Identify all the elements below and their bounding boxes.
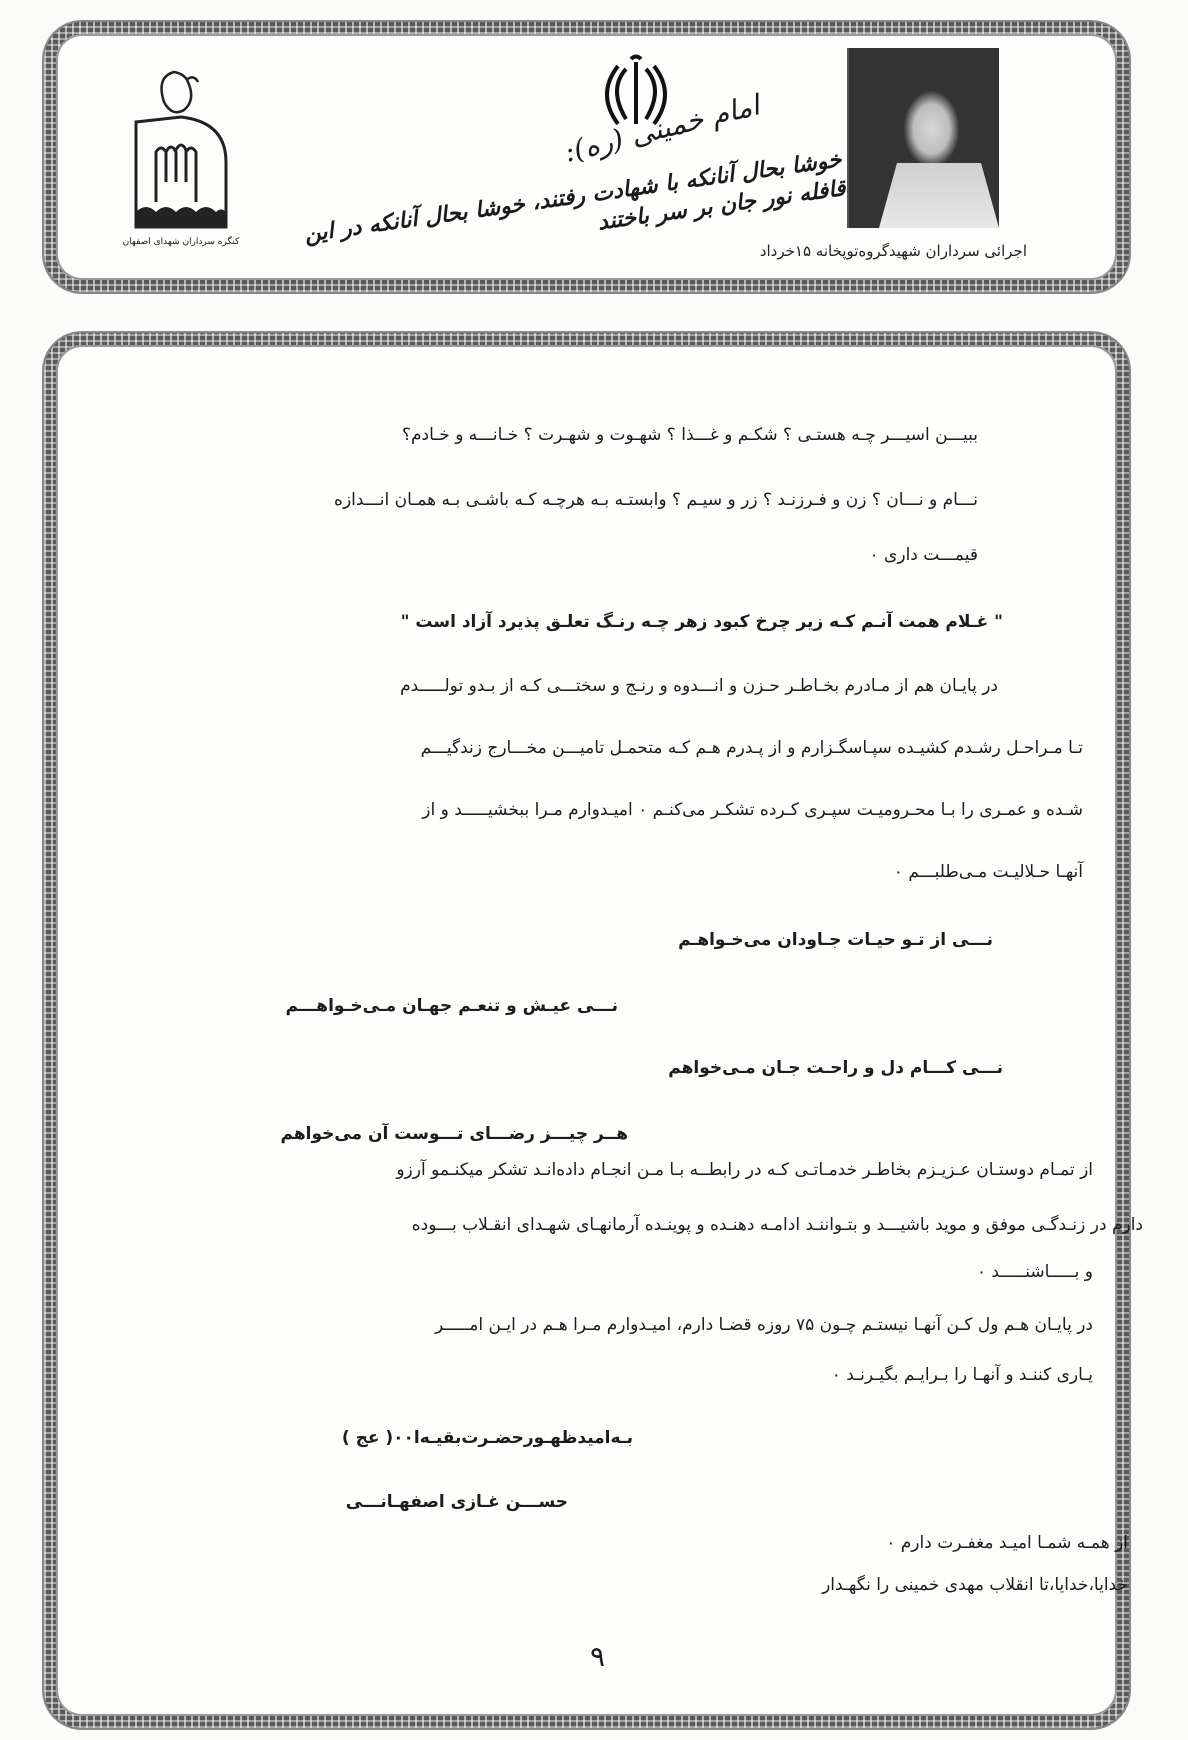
poem-line: نـــی عیـش و تنعـم جهـان مـی‌خـواهـــم [286,996,618,1016]
text-line: دارم در زنـدگـی موفق و موید باشیـــد و ب… [412,1215,1143,1235]
poem-line: نـــی از تـو حیـات جـاودان می‌خـواهـم [678,930,993,950]
text-line: و بـــــاشنـــــد ۰ [977,1262,1093,1282]
text-line: قیمـــت داری ۰ [870,545,978,565]
signature-name: حســـن غـازی اصفهـانـــی [346,1492,568,1512]
text-line: ببیـــن اسیـــر چـه هستـی ؟ شکـم و غـــذ… [402,425,978,445]
text-line: خدایا،خدایا،تا انقلاب مهدی خمینی را نگهـ… [822,1575,1128,1595]
org-logo: کنگره سرداران شهدای اصفهان [116,62,246,262]
text-line: آنهـا حـلالیـت مـی‌طلبـــم ۰ [894,862,1083,882]
poem-line: نـــی کـــام دل و راحـت جـان مـی‌خواهم [668,1058,1003,1078]
text-line: در پایـان هم از مـادرم بخـاطـر حـزن و ان… [400,676,998,696]
text-line: یـاری کننـد و آنهـا را بـرایـم بگیـرنـد … [832,1365,1093,1385]
poem-couplet: " غـلام همت آنـم کـه زیر چرخ کبود زهر چـ… [401,612,1003,632]
dove-hand-logo-icon [116,62,246,262]
page-number: ۹ [590,1640,605,1673]
photo-caption: اجرائی سرداران شهیدگروه‌توپخانه ۱۵خرداد [760,242,1027,260]
body-frame [44,333,1129,1728]
portrait-photo [847,48,999,228]
text-line: از تمـام دوستـان عـزیـزم بخاطـر خدمـاتـی… [396,1160,1093,1180]
closing-prayer: بـه‌امیدظهـورحضـرت‌بقیـه‌ا۰۰( عج ) [342,1428,633,1448]
text-line: در پایـان هـم ول کـن آنهـا نیستـم چـون ۷… [435,1315,1093,1335]
poem-line: هــر چیـــز رضـــای تـــوست آن می‌خواهم [281,1124,629,1144]
text-line: از همـه شمـا امیـد مغفـرت دارم ۰ [886,1533,1128,1553]
text-line: تـا مـراحـل رشـدم کشیـده سپـاسگـزارم و ا… [421,738,1083,758]
text-line: نـــام و نـــان ؟ زن و فـرزنـد ؟ زر و سی… [334,490,978,510]
org-logo-label: کنگره سرداران شهدای اصفهان [111,237,251,247]
text-line: شـده و عمـری را بـا محـرومیـت سپـری کـرد… [422,800,1083,820]
header-frame: کنگره سرداران شهدای اصفهان امام خمینی (ر… [44,22,1129,292]
